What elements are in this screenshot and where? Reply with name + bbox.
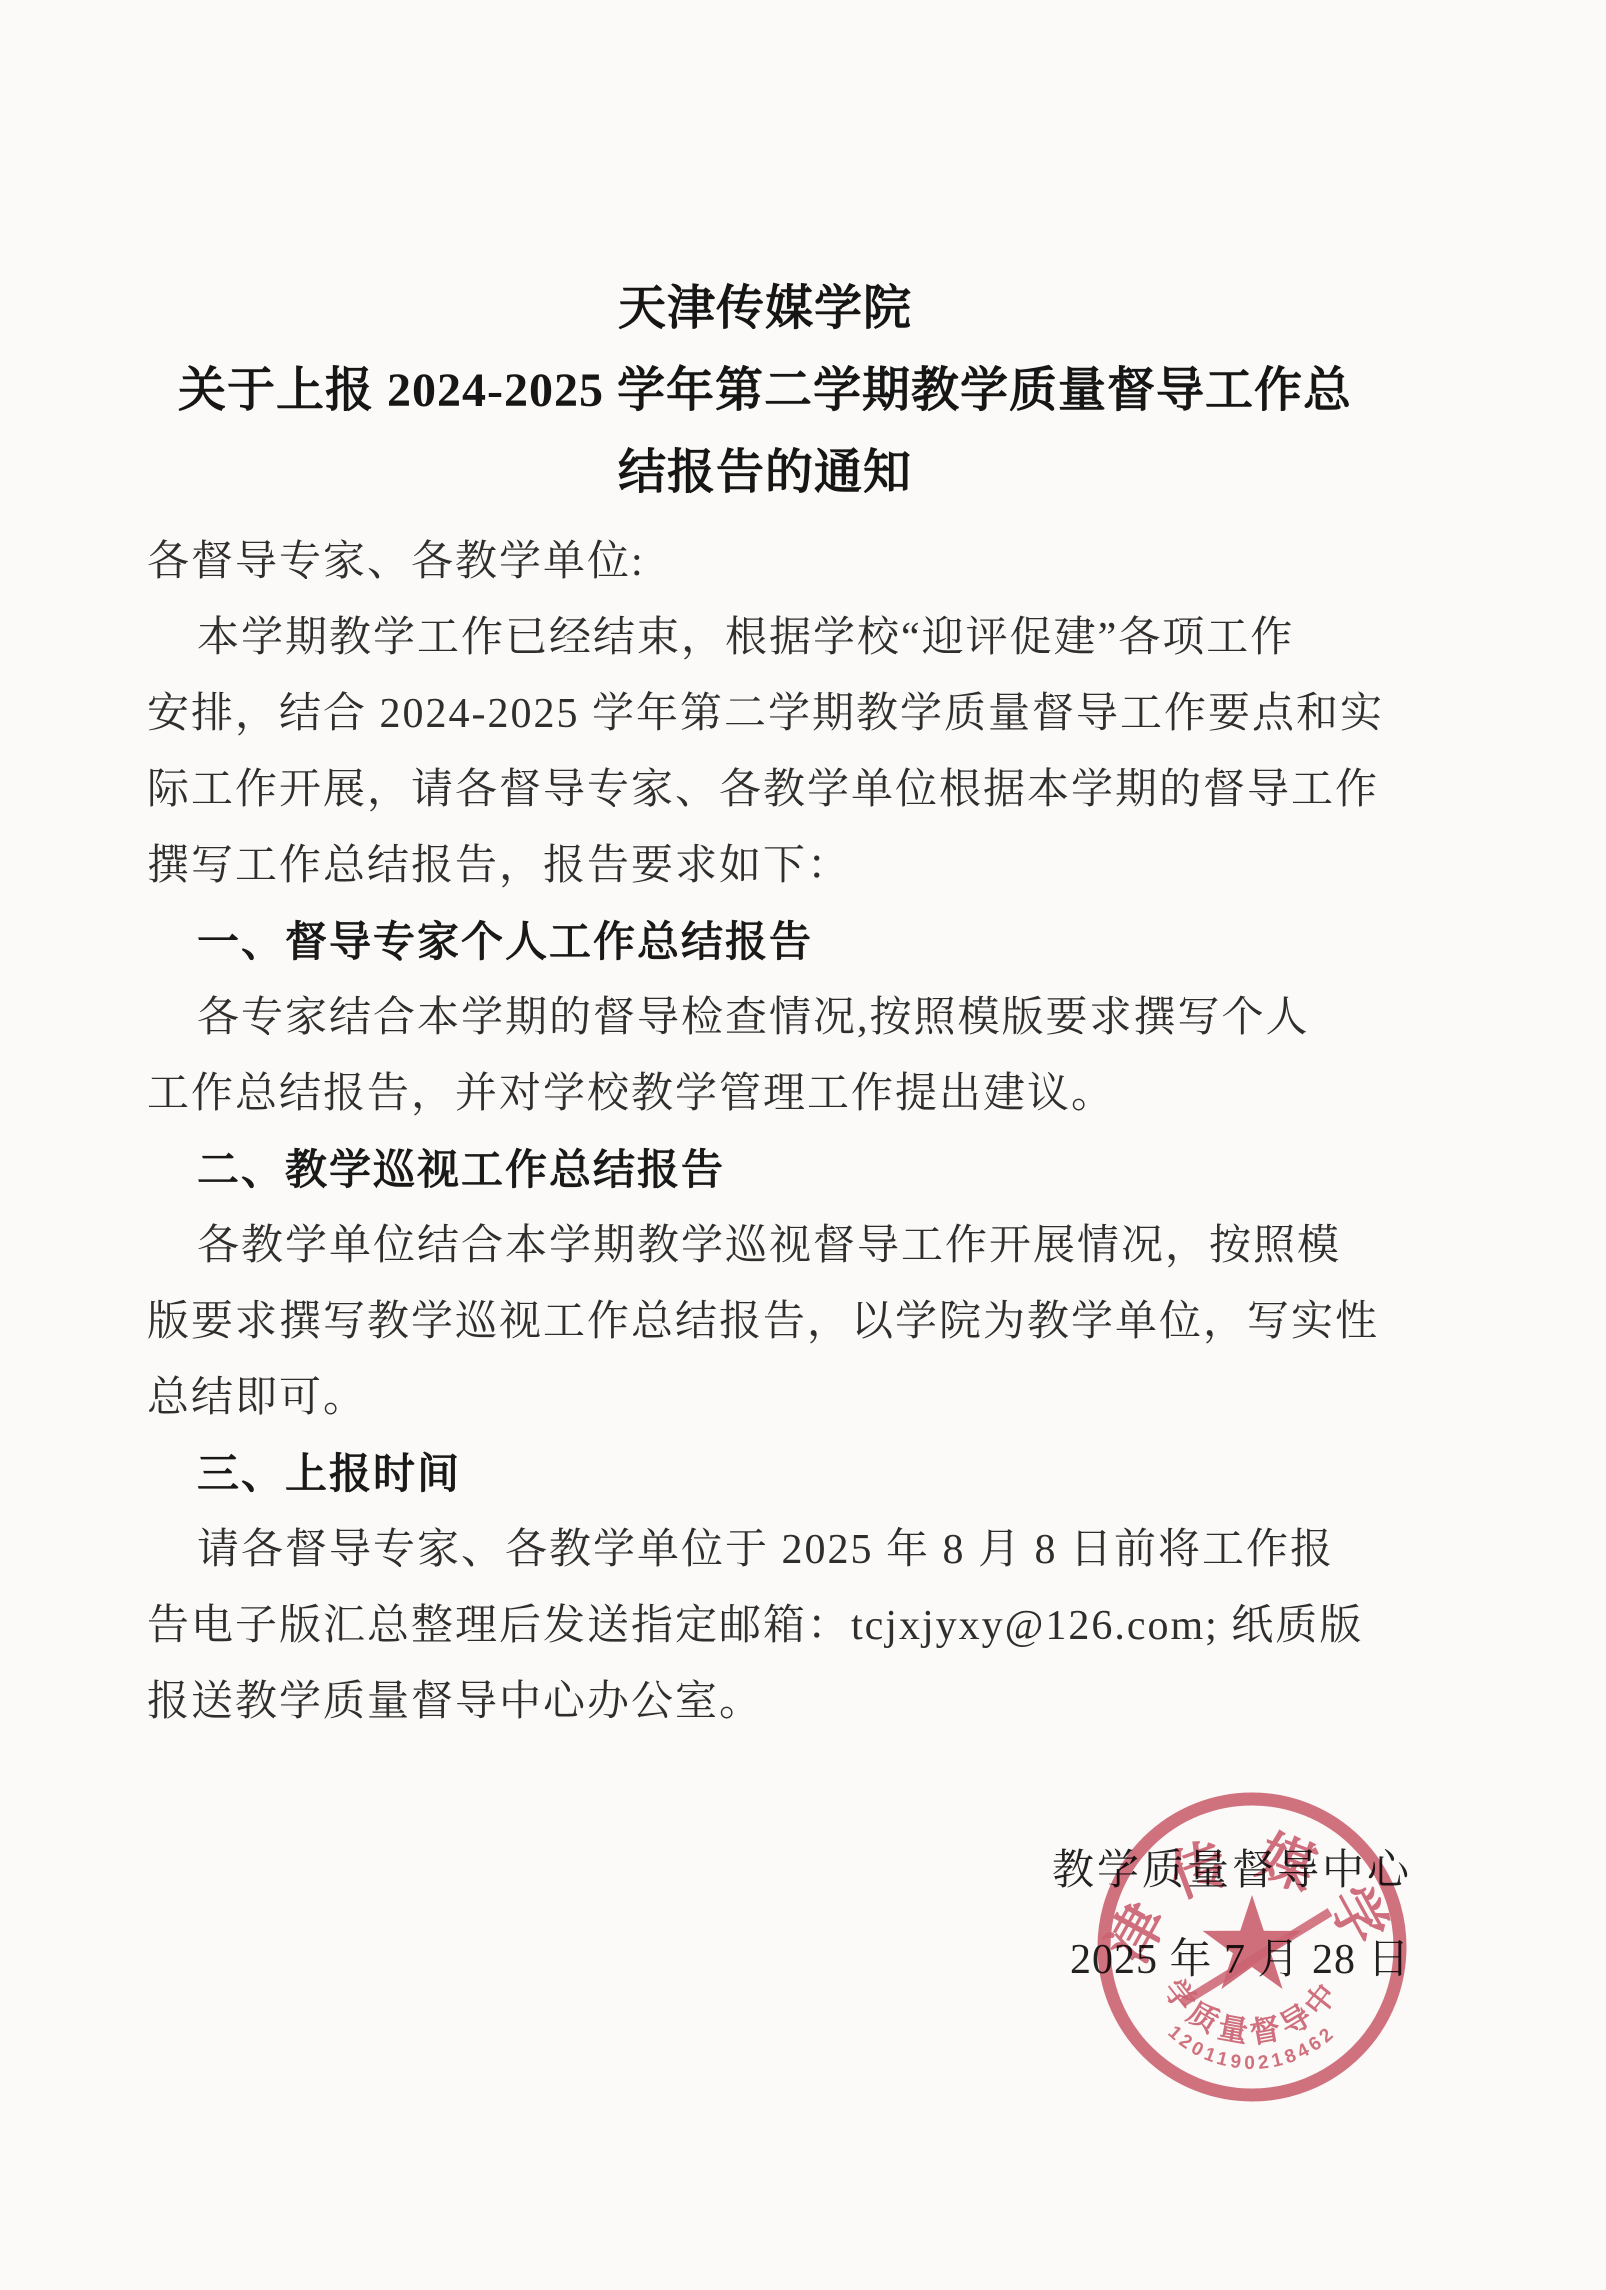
- body-line: 报送教学质量督导中心办公室。: [147, 1664, 1383, 1740]
- title-line-1: 天津传媒学院: [147, 268, 1383, 350]
- body-line: 各教学单位结合本学期教学巡视督导工作开展情况，按照模: [147, 1208, 1383, 1284]
- section-heading-3: 三、上报时间: [147, 1436, 1383, 1512]
- body-line: 总结即可。: [147, 1360, 1383, 1436]
- body-line: 各专家结合本学期的督导检查情况,按照模版要求撰写个人: [147, 980, 1383, 1056]
- body-line: 请各督导专家、各教学单位于 2025 年 8 月 8 日前将工作报: [147, 1512, 1383, 1588]
- body-line: 本学期教学工作已经结束，根据学校“迎评促建”各项工作: [147, 600, 1383, 676]
- scanned-notice-page: 天津传媒学院 关于上报 2024-2025 学年第二学期教学质量督导工作总 结报…: [0, 0, 1606, 2290]
- section-heading-1: 一、督导专家个人工作总结报告: [147, 904, 1383, 980]
- title-line-2: 关于上报 2024-2025 学年第二学期教学质量督导工作总: [147, 350, 1383, 432]
- body-line: 际工作开展，请各督导专家、各教学单位根据本学期的督导工作: [147, 752, 1383, 828]
- salutation: 各督导专家、各教学单位:: [147, 524, 1383, 600]
- body-line: 安排，结合 2024-2025 学年第二学期教学质量督导工作要点和实: [147, 676, 1383, 752]
- document-title: 天津传媒学院 关于上报 2024-2025 学年第二学期教学质量督导工作总 结报…: [147, 268, 1383, 514]
- body-line: 撰写工作总结报告，报告要求如下：: [147, 828, 1383, 904]
- title-line-3: 结报告的通知: [147, 432, 1383, 514]
- document-content: 天津传媒学院 关于上报 2024-2025 学年第二学期教学质量督导工作总 结报…: [147, 268, 1383, 1740]
- section-heading-2: 二、教学巡视工作总结报告: [147, 1132, 1383, 1208]
- body-line: 告电子版汇总整理后发送指定邮箱：tcjxjyxy@126.com; 纸质版: [147, 1588, 1383, 1664]
- official-seal-stamp: 天津传媒学院 教学质量督导中心 1201190218462: [1090, 1785, 1414, 2109]
- body-line: 版要求撰写教学巡视工作总结报告，以学院为教学单位，写实性: [147, 1284, 1383, 1360]
- body-line: 工作总结报告，并对学校教学管理工作提出建议。: [147, 1056, 1383, 1132]
- document-body: 各督导专家、各教学单位: 本学期教学工作已经结束，根据学校“迎评促建”各项工作 …: [147, 524, 1383, 1740]
